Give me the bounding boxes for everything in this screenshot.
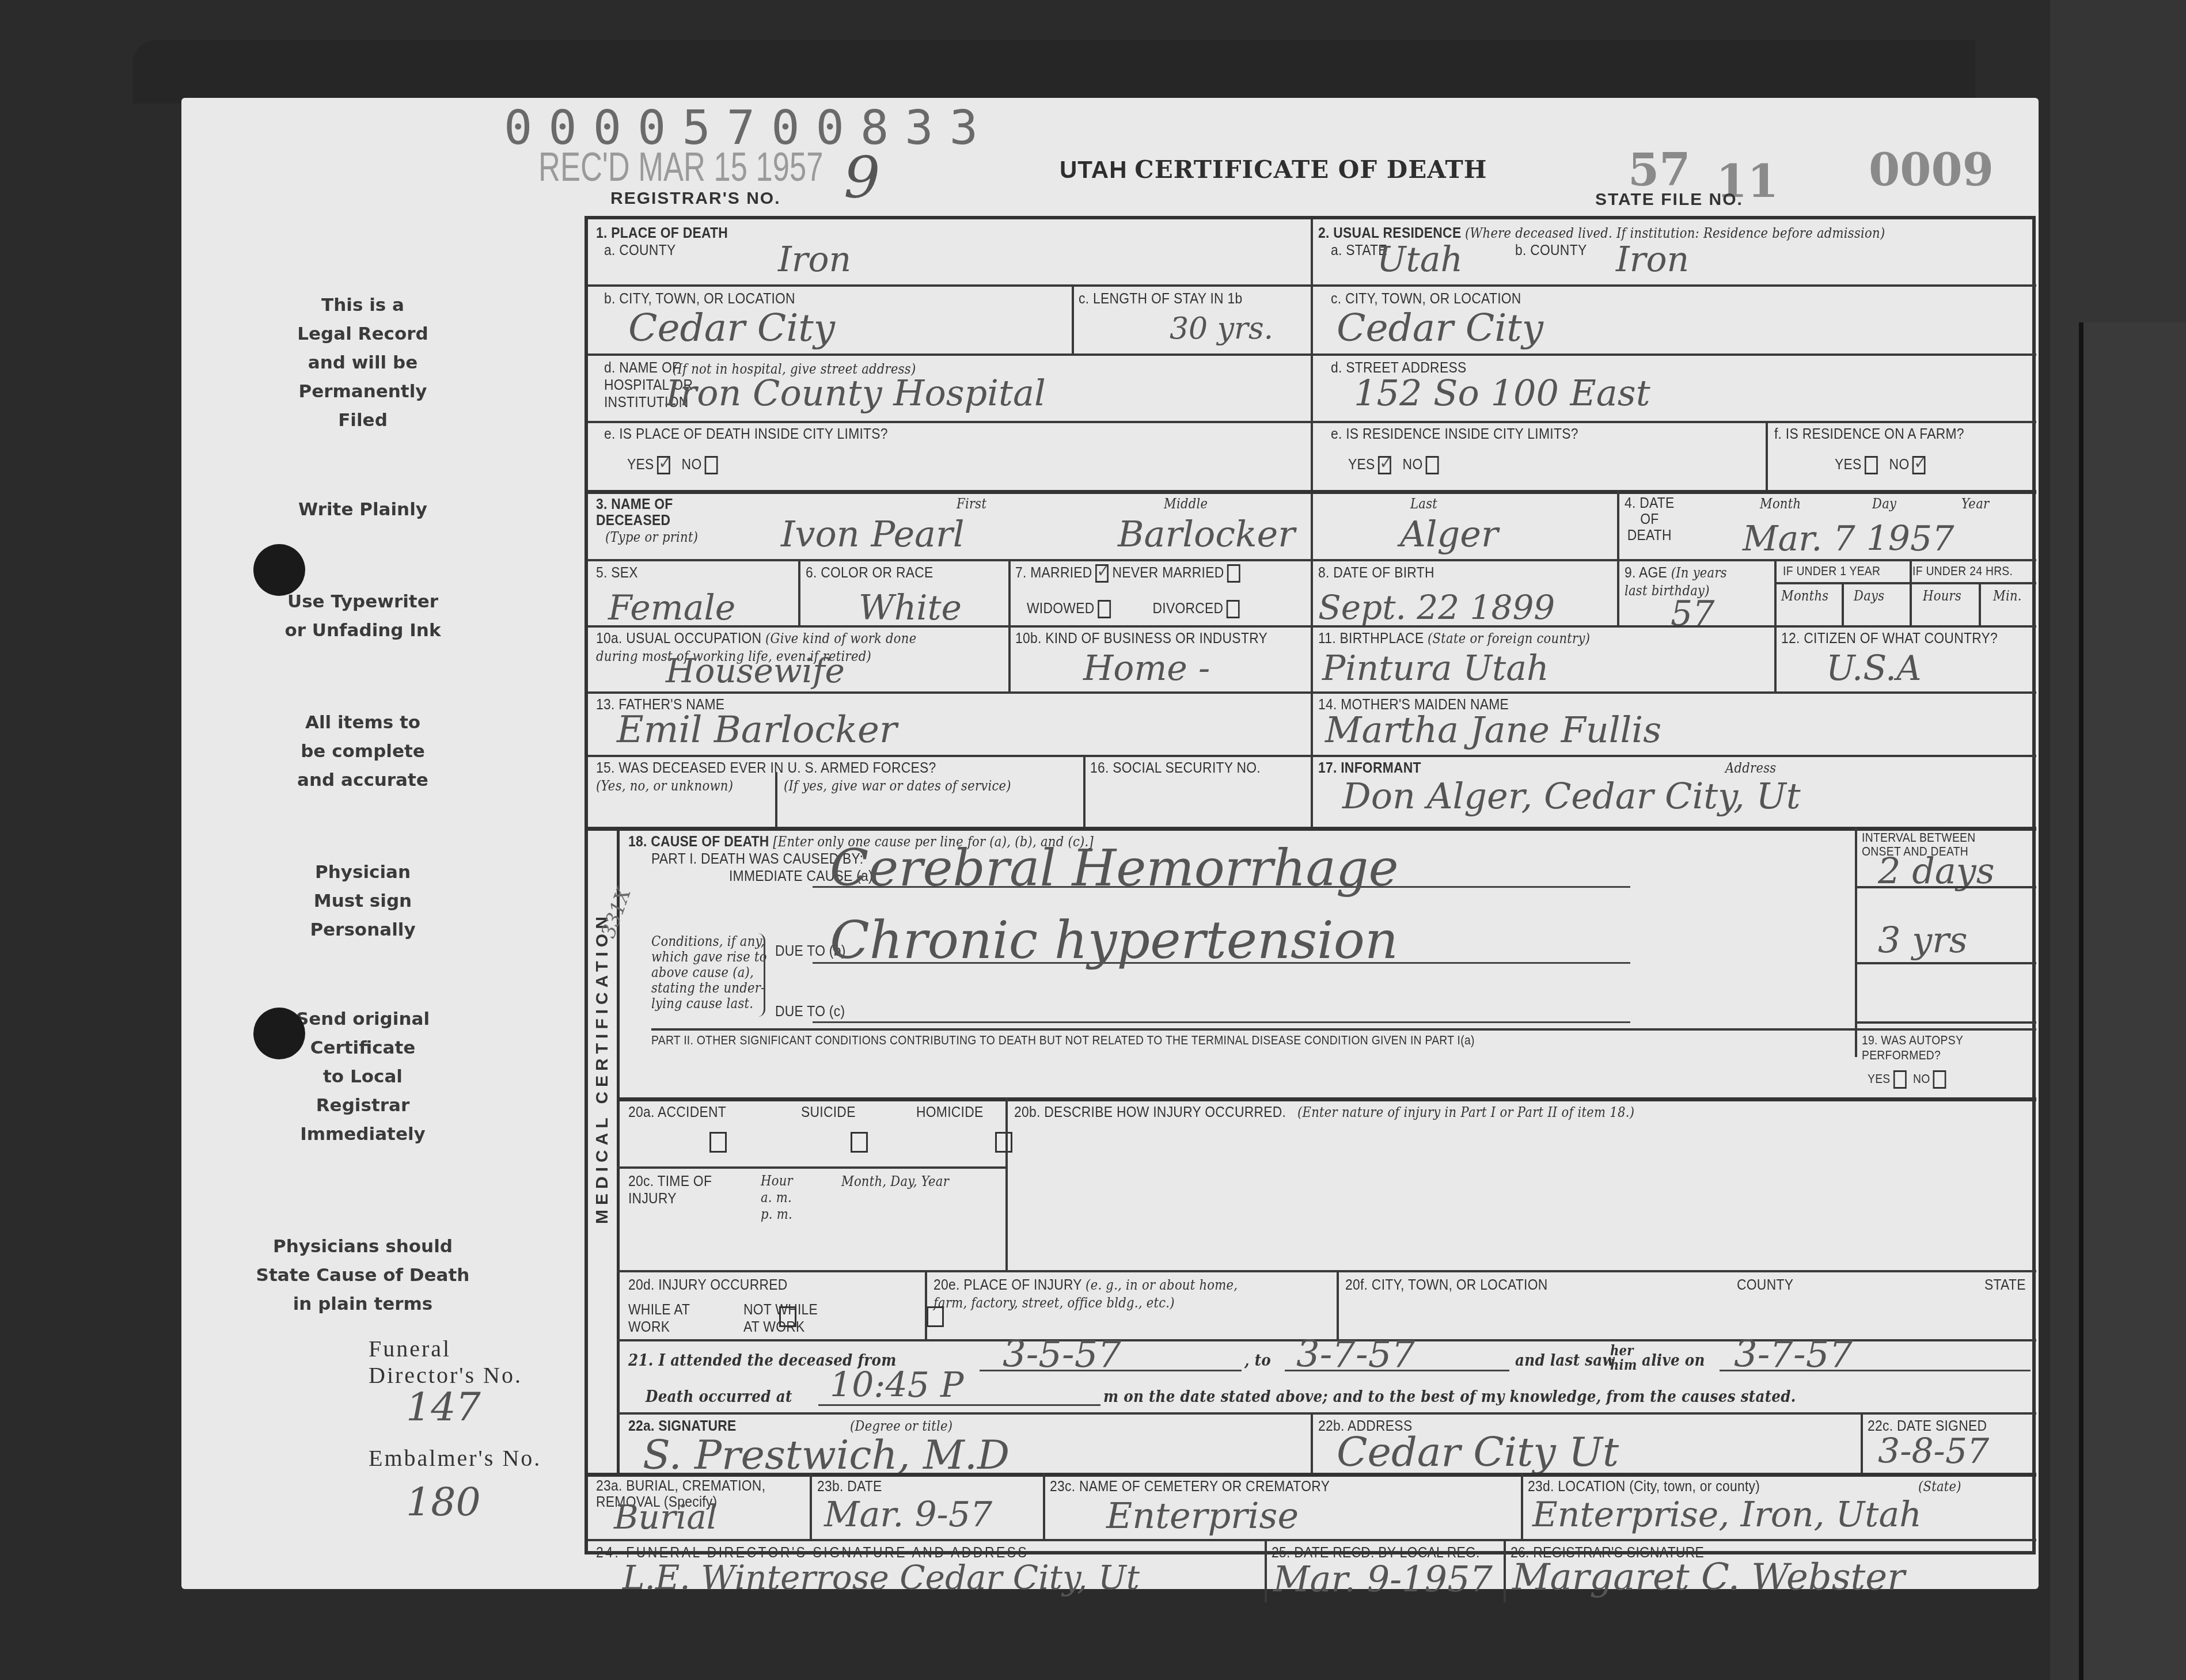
rule [1311,559,1313,625]
last-saw-value[interactable]: 3-7-57 [1734,1333,1853,1376]
rule [588,1539,2036,1541]
burial-location-value[interactable]: Enterprise, Iron, Utah [1532,1495,1922,1535]
business-label: 10b. KIND OF BUSINESS OR INDUSTRY [1015,629,1267,647]
while-work-label: WHILE AT WORK [628,1301,690,1335]
father-value[interactable]: Emil Barlocker [617,709,897,751]
burial-date-value[interactable]: Mar. 9-57 [824,1495,992,1535]
folder-background-top [132,40,1975,104]
side-note-legal-record: This is a Legal Record and will be Perma… [242,291,484,435]
min-label: Min. [1993,588,2022,604]
time-injury-label: 20c. TIME OF INJURY [628,1172,712,1207]
funeral-director-value[interactable]: L.E. Winterrose Cedar City, Ut [623,1558,1140,1597]
hours-label: Hours [1923,588,1961,604]
ur-inside-city-label: e. IS RESIDENCE INSIDE CITY LIMITS? [1331,425,1578,443]
title-prefix: UTAH [1060,156,1128,183]
interval-b-value[interactable]: 3 yrs [1878,919,1968,961]
cause-b-value[interactable]: Chronic hypertension [830,910,1398,971]
ur-county-label: b. COUNTY [1515,241,1587,259]
pod-inside-city-yes-checkbox[interactable] [657,456,670,474]
rule [588,354,1311,356]
rule [588,421,1311,423]
rule [588,284,1311,287]
folder-background-right-flap [2079,322,2186,1680]
hint: Hour a. m. p. m. [761,1173,793,1222]
attended-to-value[interactable]: 3-7-57 [1296,1333,1415,1376]
rule [588,827,2036,831]
first-label: First [957,495,986,512]
embalmer-no-value: 180 [406,1480,481,1525]
rule [588,490,2036,494]
hint: (If yes, give war or dates of service) [784,778,1011,794]
rule [775,772,777,827]
autopsy-yes-checkbox[interactable] [1893,1070,1907,1089]
divider-1-2 [1311,219,1313,579]
date-of-death-value[interactable]: Mar. 7 1957 [1743,519,1954,559]
rule [1774,582,2036,584]
age-value[interactable]: 57 [1671,594,1714,634]
hint: Min. [1993,588,2022,604]
certificate-form: 1. PLACE OF DEATH a. COUNTY Iron b. CITY… [585,216,2036,1554]
last-label: Last [1410,495,1437,512]
armed-hint-2: (If yes, give war or dates of service) [784,778,1011,794]
month-label: Month [1760,495,1801,512]
state-file-no-label: STATE FILE NO. [1595,190,1743,210]
cemetery-label: 23c. NAME OF CEMETERY OR CREMATORY [1050,1477,1330,1495]
registrars-no-value: 9 [844,144,881,211]
burial-method-value[interactable]: Burial [614,1497,717,1537]
injury-city-label: 20f. CITY, TOWN, OR LOCATION [1345,1276,1548,1294]
hint: First [957,496,986,512]
mdy-label: Month, Day, Year [841,1172,949,1190]
rule [1979,582,1981,625]
rule [1043,1473,1045,1539]
informant-value[interactable]: Don Alger, Cedar City, Ut [1342,775,1801,817]
title-main: CERTIFICATE OF DEATH [1134,155,1487,184]
rule [1311,354,2036,356]
date-recd-value[interactable]: Mar. 9-1957 [1273,1558,1493,1600]
burial-date-label: 23b. DATE [817,1477,882,1495]
mother-value[interactable]: Martha Jane Fullis [1325,709,1661,751]
citizen-label: 12. CITIZEN OF WHAT COUNTRY? [1781,629,1998,647]
accident-checkbox[interactable] [709,1132,727,1153]
day-label: Day [1872,495,1896,512]
state-file-no-part3: 0009 [1869,144,1994,196]
usual-residence-section: 2. USUAL RESIDENCE [1318,224,1461,241]
burial-location-label: 23d. LOCATION (City, town, or county) [1528,1477,1760,1495]
registrars-no-label: REGISTRAR'S NO. [610,189,781,208]
middle-label: Middle [1164,495,1208,512]
marital-row-1: 7. MARRIED NEVER MARRIED [1015,564,1240,583]
citizen-value[interactable]: U.S.A [1826,648,1922,689]
rule [1008,625,1011,691]
married-label: MARRIED [1030,564,1092,581]
informant-address-label: Address [1725,759,1776,777]
hint: (State or foreign country) [1428,630,1590,647]
occ-label: 10a. USUAL OCCUPATION [596,629,761,647]
divorced-checkbox[interactable] [1227,600,1240,618]
funeral-director-no-value: 147 [406,1385,481,1430]
rule [813,1021,1630,1023]
birthplace-label: 11. BIRTHPLACE (State or foreign country… [1318,629,1590,647]
conditions-hint: Conditions, if any, which gave rise to a… [651,933,767,1011]
to-label: , to [1244,1351,1271,1370]
deceased-name-label: 3. NAME OF DECEASED [596,496,673,528]
rule [1311,421,2036,423]
armed-hint-1: (Yes, no, or unknown) [596,778,733,794]
punch-hole-bottom [253,1008,305,1059]
ur-inside-city-yes-checkbox[interactable] [1378,456,1391,474]
marital-num: 7. [1015,564,1027,581]
yes-label: YES [627,455,654,473]
place-injury-label: 20e. PLACE OF INJURY (e. g., in or about… [933,1276,1238,1312]
race-value[interactable]: White [859,588,962,628]
deceased-middle-name[interactable]: Barlocker [1118,513,1295,555]
not-while-work-label: NOT WHILE AT WORK [743,1301,818,1335]
armed-forces-label: 15. WAS DECEASED EVER IN U. S. ARMED FOR… [596,759,936,777]
informant-label: 17. INFORMANT [1318,759,1421,777]
side-note-write-plainly: Write Plainly [242,495,484,524]
accident-label: 20a. ACCIDENT [628,1103,726,1121]
rule [1910,559,1912,625]
suicide-checkbox[interactable] [851,1132,868,1153]
bp-label: 11. BIRTHPLACE [1318,629,1424,647]
place-of-death-section: 1. PLACE OF DEATH [596,224,728,241]
age-num: 9. AGE [1625,564,1667,581]
hint: Last [1410,496,1437,512]
rule [1842,582,1844,625]
no-label: NO [1889,455,1910,473]
place-lbl: 20e. PLACE OF INJURY [933,1276,1081,1293]
rule [925,1270,927,1339]
pod-inside-city-label: e. IS PLACE OF DEATH INSIDE CITY LIMITS? [604,425,888,443]
rule [1504,1539,1506,1602]
ur-farm-label: f. IS RESIDENCE ON A FARM? [1774,425,1964,443]
pod-stay-label: c. LENGTH OF STAY IN 1b [1079,290,1243,307]
death-occurred-label: Death occurred at [646,1387,792,1406]
ur-inside-city-no-checkbox[interactable] [1426,456,1439,474]
side-note-complete: All items to be complete and accurate [242,708,484,795]
marital-row-2: WIDOWED DIVORCED [1027,599,1240,618]
deceased-first-name[interactable]: Ivon Pearl [781,513,965,555]
certificate-title: UTAH CERTIFICATE OF DEATH [1060,155,1487,184]
burial-state-label: (State) [1918,1477,1961,1495]
place-of-death-label: 1. PLACE OF DEATH [596,224,728,242]
punch-hole-top [253,544,305,596]
injury-occurred-label: 20d. INJURY OCCURRED [628,1276,788,1294]
him-label: him [1610,1356,1637,1373]
rule [1855,1021,2036,1024]
days-label: Days [1854,588,1884,604]
rule [617,1270,2036,1272]
injury-county-label: COUNTY [1737,1276,1793,1294]
rule [1774,559,1777,625]
hint: (Type or print) [605,529,698,545]
under-24hr-label: IF UNDER 24 HRS. [1912,564,2013,579]
rule [1311,625,1313,691]
autopsy-label: 19. WAS AUTOPSY PERFORMED? [1862,1033,1963,1063]
name-label: 3. NAME OF DECEASED [596,495,673,529]
cause-lbl: 18. CAUSE OF DEATH [628,833,769,850]
rule [1311,1412,1313,1473]
hint: Hours [1923,588,1961,604]
hint: (Where deceased lived. If institution: R… [1465,225,1885,241]
yes-label: YES [1348,455,1375,473]
pod-city-label: b. CITY, TOWN, OR LOCATION [604,290,795,307]
ur-farm-options: YES NO [1835,455,1926,474]
hint: Month [1760,496,1801,512]
pod-county-value[interactable]: Iron [778,240,851,280]
registrar-signature-value[interactable]: Margaret C. Webster [1512,1556,1905,1599]
physician-address-value[interactable]: Cedar City Ut [1337,1428,1619,1476]
hint: (Enter nature of injury in Part I or Par… [1297,1104,1634,1120]
sex-label: 5. SEX [596,564,638,581]
autopsy-no-checkbox[interactable] [1933,1070,1946,1089]
hint: Month, Day, Year [841,1173,949,1189]
homicide-checkbox[interactable] [995,1132,1012,1153]
race-label: 6. COLOR OR RACE [806,564,933,581]
rule [1617,490,1619,559]
death-statement: m on the date stated above; and to the b… [1103,1387,1796,1406]
embalmer-no-label: Embalmer's No. [369,1445,541,1472]
rule [588,755,2036,757]
medical-certification-label: MEDICAL CERTIFICATION [593,912,612,1224]
widowed-checkbox[interactable] [1098,600,1111,618]
ur-inside-city-options: YES NO [1348,455,1439,474]
rule [1521,1473,1523,1539]
rule [1083,755,1086,827]
deceased-last-name[interactable]: Alger [1400,513,1498,555]
alive-on-label: alive on [1642,1351,1705,1370]
rule [810,1473,812,1539]
hint: Middle [1164,496,1208,512]
informant-lbl: 17. INFORMANT [1318,759,1421,776]
death-time-value[interactable]: 10:45 P [830,1365,963,1405]
hint: Day [1872,496,1896,512]
pod-inside-city-no-checkbox[interactable] [705,456,718,474]
married-checkbox[interactable] [1095,564,1109,583]
death-certificate: 00005700833 REC'D MAR 15 1957 9 REGISTRA… [181,98,2039,1589]
rule [1265,1539,1267,1602]
rule [1855,962,2036,964]
rule [1008,559,1011,625]
ur-city-value[interactable]: Cedar City [1337,306,1543,350]
ur-county-value[interactable]: Iron [1616,240,1689,280]
cemetery-value[interactable]: Enterprise [1106,1495,1299,1537]
bracket [758,933,765,1017]
rule [1855,886,2036,888]
dob-value[interactable]: Sept. 22 1899 [1318,588,1555,627]
rule [1774,625,1777,691]
ur-farm-yes-checkbox[interactable] [1865,456,1878,474]
ssn-label: 16. SOCIAL SECURITY NO. [1090,759,1261,777]
pod-hospital-value[interactable]: Iron County Hospital [666,372,1046,414]
hint: Months [1781,588,1828,604]
months-label: Months [1781,588,1828,604]
side-note-typewriter: Use Typewriter or Unfading Ink [242,587,484,645]
rule [1617,559,1619,625]
homicide-label: HOMICIDE [916,1103,984,1121]
deceased-name-hint: (Type or print) [605,528,698,546]
hint: Year [1961,496,1989,512]
state-file-no-part1: 57 [1628,144,1691,196]
year-label: Year [1961,495,1989,512]
injury-how-label: 20b. DESCRIBE HOW INJURY OCCURRED. (Ente… [1014,1103,1634,1121]
no-label: NO [682,455,702,473]
injury-state-label: STATE [1984,1276,2026,1294]
divorced-label: DIVORCED [1153,599,1224,617]
rule [798,559,800,625]
ur-city-label: c. CITY, TOWN, OR LOCATION [1331,290,1521,307]
rule [1311,691,1313,827]
due-to-c-label: DUE TO (c) [775,1002,845,1020]
rule [1005,1097,1008,1270]
rule [1072,284,1074,354]
side-note-physician-sign: Physician Must sign Personally [242,858,484,944]
occupation-value[interactable]: Housewife [666,651,845,690]
business-value[interactable]: Home - [1083,648,1210,689]
rule [588,1473,2036,1477]
rule [1766,421,1768,490]
ur-state-value[interactable]: Utah [1377,240,1463,280]
ur-farm-no-checkbox[interactable] [1912,456,1926,474]
yes-label: YES [1835,455,1862,473]
rule [1861,1412,1863,1473]
date-of-death-label: 4. DATE OF DEATH [1625,495,1675,543]
suicide-label: SUICIDE [801,1103,856,1121]
cause-a-value[interactable]: Cerebral Hemorrhage [830,838,1398,898]
widowed-label: WIDOWED [1027,599,1095,617]
dob-label: 8. DATE OF BIRTH [1318,564,1434,581]
received-stamp: REC'D MAR 15 1957 [538,144,823,190]
never-married-label: NEVER MARRIED [1112,564,1224,581]
rule [617,1166,1005,1169]
part2-label: PART II. OTHER SIGNIFICANT CONDITIONS CO… [651,1033,1475,1048]
never-married-checkbox[interactable] [1227,564,1240,583]
funeral-director-no-label: Funeral Director's No. [369,1336,522,1389]
rule [617,1097,2036,1101]
date-signed-value[interactable]: 3-8-57 [1878,1431,1989,1472]
rule [1311,284,2036,287]
no-label: NO [1913,1071,1930,1086]
rule [617,1412,2036,1415]
pod-county-label: a. COUNTY [604,241,675,259]
hint: Address [1725,760,1776,776]
hint: Days [1854,588,1884,604]
no-label: NO [1403,455,1423,473]
hint: Conditions, if any, which gave rise to a… [651,933,767,1012]
autopsy-options: YES NO [1868,1070,1946,1089]
birthplace-value[interactable]: Pintura Utah [1322,648,1549,689]
ur-street-value[interactable]: 152 So 100 East [1354,372,1650,414]
rule [651,1028,2036,1031]
hint: (Yes, no, or unknown) [596,778,733,794]
pod-inside-city-options: YES NO [627,455,718,474]
side-note-plain-terms: Physicians should State Cause of Death i… [225,1232,501,1318]
hour-label: Hour a. m. p. m. [761,1172,793,1222]
how-lbl: 20b. DESCRIBE HOW INJURY OCCURRED. [1014,1103,1286,1120]
yes-label: YES [1868,1071,1891,1086]
rule [1337,1270,1339,1339]
physician-signature[interactable]: S. Prestwich, M.D [643,1431,1009,1478]
pod-stay-value[interactable]: 30 yrs. [1170,311,1273,346]
sex-value[interactable]: Female [608,588,735,628]
last-saw-label: and last saw [1515,1351,1615,1370]
under-1yr-label: IF UNDER 1 YEAR [1783,564,1880,579]
attended-from-value[interactable]: 3-5-57 [1003,1333,1121,1376]
hint: (State) [1918,1478,1961,1495]
pod-city-value[interactable]: Cedar City [628,306,835,350]
